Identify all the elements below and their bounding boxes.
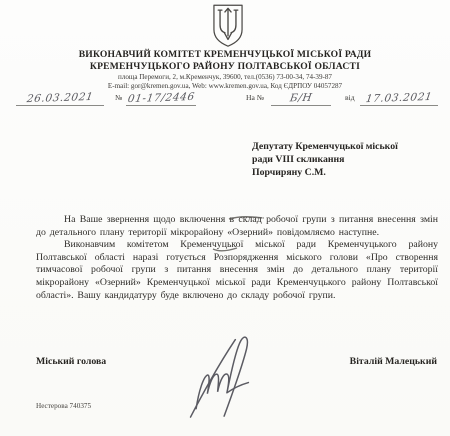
- pen-mark-underline: [212, 246, 238, 254]
- signature-scribble: [180, 334, 272, 418]
- signer-position-title: Міський голова: [36, 356, 106, 367]
- addressee-line3: Порчиряну С.М.: [252, 166, 442, 179]
- reply-to-number-label: На №: [246, 93, 264, 102]
- number-label: №: [115, 93, 122, 102]
- reply-date-field: 17.03.2021: [360, 88, 438, 106]
- letter-body: На Ваше звернення щодо включення в склад…: [36, 214, 438, 302]
- org-address-line: площа Перемоги, 2, м.Кременчук, 39600, т…: [0, 73, 450, 81]
- addressee-line2: ради VIII скликання: [252, 153, 442, 166]
- outgoing-number-handwriting: 01-17/2446: [127, 91, 196, 105]
- reply-to-number-handwriting: Б/Н: [289, 92, 313, 105]
- signer-name: Віталій Малецький: [350, 356, 437, 367]
- org-name-line2: КРЕМЕНЧУЦЬКОГО РАЙОНУ ПОЛТАВСЬКОЇ ОБЛАСТ…: [0, 61, 450, 72]
- reply-date-handwriting: 17.03.2021: [365, 91, 433, 105]
- ukraine-trident-icon: [206, 4, 250, 48]
- outgoing-date-field: 26.03.2021: [16, 88, 104, 106]
- org-name-line1: ВИКОНАВЧИЙ КОМІТЕТ КРЕМЕНЧУЦЬКОЇ МІСЬКОЇ…: [0, 49, 450, 60]
- reply-date-label: від: [345, 93, 355, 102]
- pen-mark-strike: [228, 214, 264, 222]
- addressee-line1: Депутату Кременчуцької міської: [252, 140, 442, 153]
- reply-to-number-field: Б/Н: [271, 88, 331, 106]
- addressee-block: Депутату Кременчуцької міської ради VIII…: [252, 140, 442, 180]
- letter-page: ВИКОНАВЧИЙ КОМІТЕТ КРЕМЕНЧУЦЬКОЇ МІСЬКОЇ…: [0, 0, 450, 436]
- executor-note: Нестерова 740375: [36, 402, 91, 410]
- outgoing-date-handwriting: 26.03.2021: [26, 91, 94, 105]
- outgoing-number-field: 01-17/2446: [126, 88, 196, 106]
